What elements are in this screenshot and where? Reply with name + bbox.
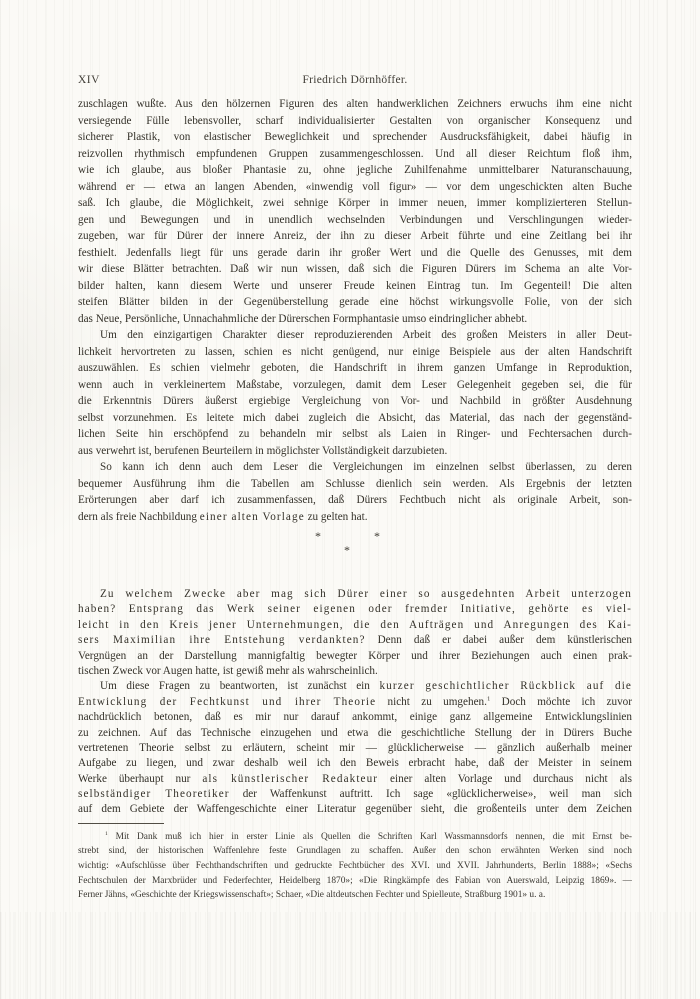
text-line: strebt sind, der historischen Waffenlehr…: [78, 844, 632, 859]
paragraph-conclusion: So kann ich denn auch dem Leser die Verg…: [78, 459, 632, 525]
paragraph-continuation: zuschlagen wußte. Aus den hölzernen Figu…: [78, 96, 632, 327]
text-line: steifen Blätter bilden in der Gegenübers…: [78, 294, 632, 311]
text-line: Entwicklung der Fechtkunst und ihrer The…: [78, 695, 632, 710]
asterisk-icon: *: [374, 529, 380, 544]
text-line: lichen Seite hin erschöpfend zu behandel…: [78, 426, 632, 443]
text-line: auszuwählen. Es schien vielmehr geboten,…: [78, 360, 632, 377]
text-line: Fechtschulen der Marxbrüder und Federfec…: [78, 874, 632, 889]
text-line: haben? Entsprang das Werk seiner eigenen…: [78, 602, 632, 617]
text-line: selbständiger Theoretiker der Waffenkuns…: [78, 787, 632, 802]
text-line: die Erkenntnis Dürers äußerst ergiebige …: [78, 393, 632, 410]
footnote-paragraph: 1 Mit Dank muß ich hier in erster Linie …: [78, 830, 632, 903]
text-line: das Neue, Persönliche, Unnachahmliche de…: [78, 311, 632, 328]
text-line: sicherer Plastik, von elastischer Bewegl…: [78, 129, 632, 146]
text-line: vertretenen Theorie selbst zu erläutern,…: [78, 741, 632, 756]
text-line: Zu welchem Zwecke aber mag sich Dürer ei…: [78, 587, 632, 602]
text-line: versiegende Fülle lebensvoller, scharf i…: [78, 113, 632, 130]
asterisk-icon: *: [315, 529, 321, 544]
asterisk-icon: *: [344, 543, 350, 558]
text-line: Um diese Fragen zu beantworten, ist zunä…: [78, 679, 632, 694]
paragraph-purpose: Zu welchem Zwecke aber mag sich Dürer ei…: [78, 587, 632, 679]
text-line: auf dem Gebiete der Waffengeschichte ein…: [78, 802, 632, 817]
text-line: bilder halten, kann diesem Werte und uns…: [78, 278, 632, 295]
text-line: reizvollen rhythmisch empfundenen Gruppe…: [78, 146, 632, 163]
body-text-lower: Zu welchem Zwecke aber mag sich Dürer ei…: [78, 587, 632, 818]
text-line: sers Maximilian ihre Entstehung verdankt…: [78, 633, 632, 648]
running-header: XIV Friedrich Dörnhöffer.: [78, 74, 632, 90]
text-line: lichkeit hervortreten zu lassen, schien …: [78, 344, 632, 361]
paragraph-historical-review: Um diese Fragen zu beantworten, ist zunä…: [78, 679, 632, 818]
footnote-text: 1 Mit Dank muß ich hier in erster Linie …: [78, 830, 632, 903]
text-line: Werke überhaupt nur als künstlerischer R…: [78, 772, 632, 787]
text-line: Aufgabe zu liegen, und zwar deshalb weil…: [78, 756, 632, 771]
text-line: Um den einzigartigen Charakter dieser re…: [78, 327, 632, 344]
text-line: dern als freie Nachbildung einer alten V…: [78, 509, 632, 526]
text-line: leicht in den Kreis jener Unternehmungen…: [78, 618, 632, 633]
text-line: selbst vorzunehmen. Es leitete mich dabe…: [78, 410, 632, 427]
text-line: wenn auch in verkleinertem Maßstabe, vor…: [78, 377, 632, 394]
paragraph-reproduction: Um den einzigartigen Charakter dieser re…: [78, 327, 632, 459]
text-line: Vergnügen an der Darstellung mannigfalti…: [78, 649, 632, 664]
text-line: während er — etwa an langen Abenden, «in…: [78, 179, 632, 196]
text-line: saß. Ich glaube, die Möglichkeit, zwei s…: [78, 195, 632, 212]
text-line: zuschlagen wußte. Aus den hölzernen Figu…: [78, 96, 632, 113]
running-title: Friedrich Dörnhöffer.: [78, 74, 632, 86]
text-line: 1 Mit Dank muß ich hier in erster Linie …: [78, 830, 632, 845]
text-line: Erörterungen aber darf ich zusammenfasse…: [78, 492, 632, 509]
text-line: tischen Zweck vor Augen hatte, ist gewiß…: [78, 664, 632, 679]
text-line: gen und Bewegungen und in unendlich wech…: [78, 212, 632, 229]
text-line: nachdrücklich betonen, daß es mir nur da…: [78, 710, 632, 725]
text-line: wir diese Blätter betrachten. Daß wir nu…: [78, 261, 632, 278]
book-page: XIV Friedrich Dörnhöffer. zuschlagen wuß…: [0, 0, 700, 999]
text-line: wie ich glaube, aus bloßer Phantasie zu,…: [78, 162, 632, 179]
text-line: zugeben, war für Dürer der innere Anreiz…: [78, 228, 632, 245]
body-text-upper: zuschlagen wußte. Aus den hölzernen Figu…: [78, 96, 632, 525]
scan-streaks-bottom: [0, 912, 700, 999]
text-column: zuschlagen wußte. Aus den hölzernen Figu…: [78, 96, 632, 903]
text-line: bequemer Ausführung ihm die Tabellen am …: [78, 476, 632, 493]
text-line: aus verwehrt ist, berufenen Beurteilern …: [78, 443, 632, 460]
text-line: Ferner Jähns, «Geschichte der Kriegswiss…: [78, 888, 632, 903]
section-divider: * * *: [78, 525, 632, 587]
footnote-rule: [78, 823, 164, 824]
text-line: So kann ich denn auch dem Leser die Verg…: [78, 459, 632, 476]
text-line: wichtig: «Aufschlüsse über Fechthandschr…: [78, 859, 632, 874]
text-line: zu zeichnen. Auf das Technische einzugeh…: [78, 726, 632, 741]
text-line: festhielt. Jedenfalls liegt für uns gera…: [78, 245, 632, 262]
